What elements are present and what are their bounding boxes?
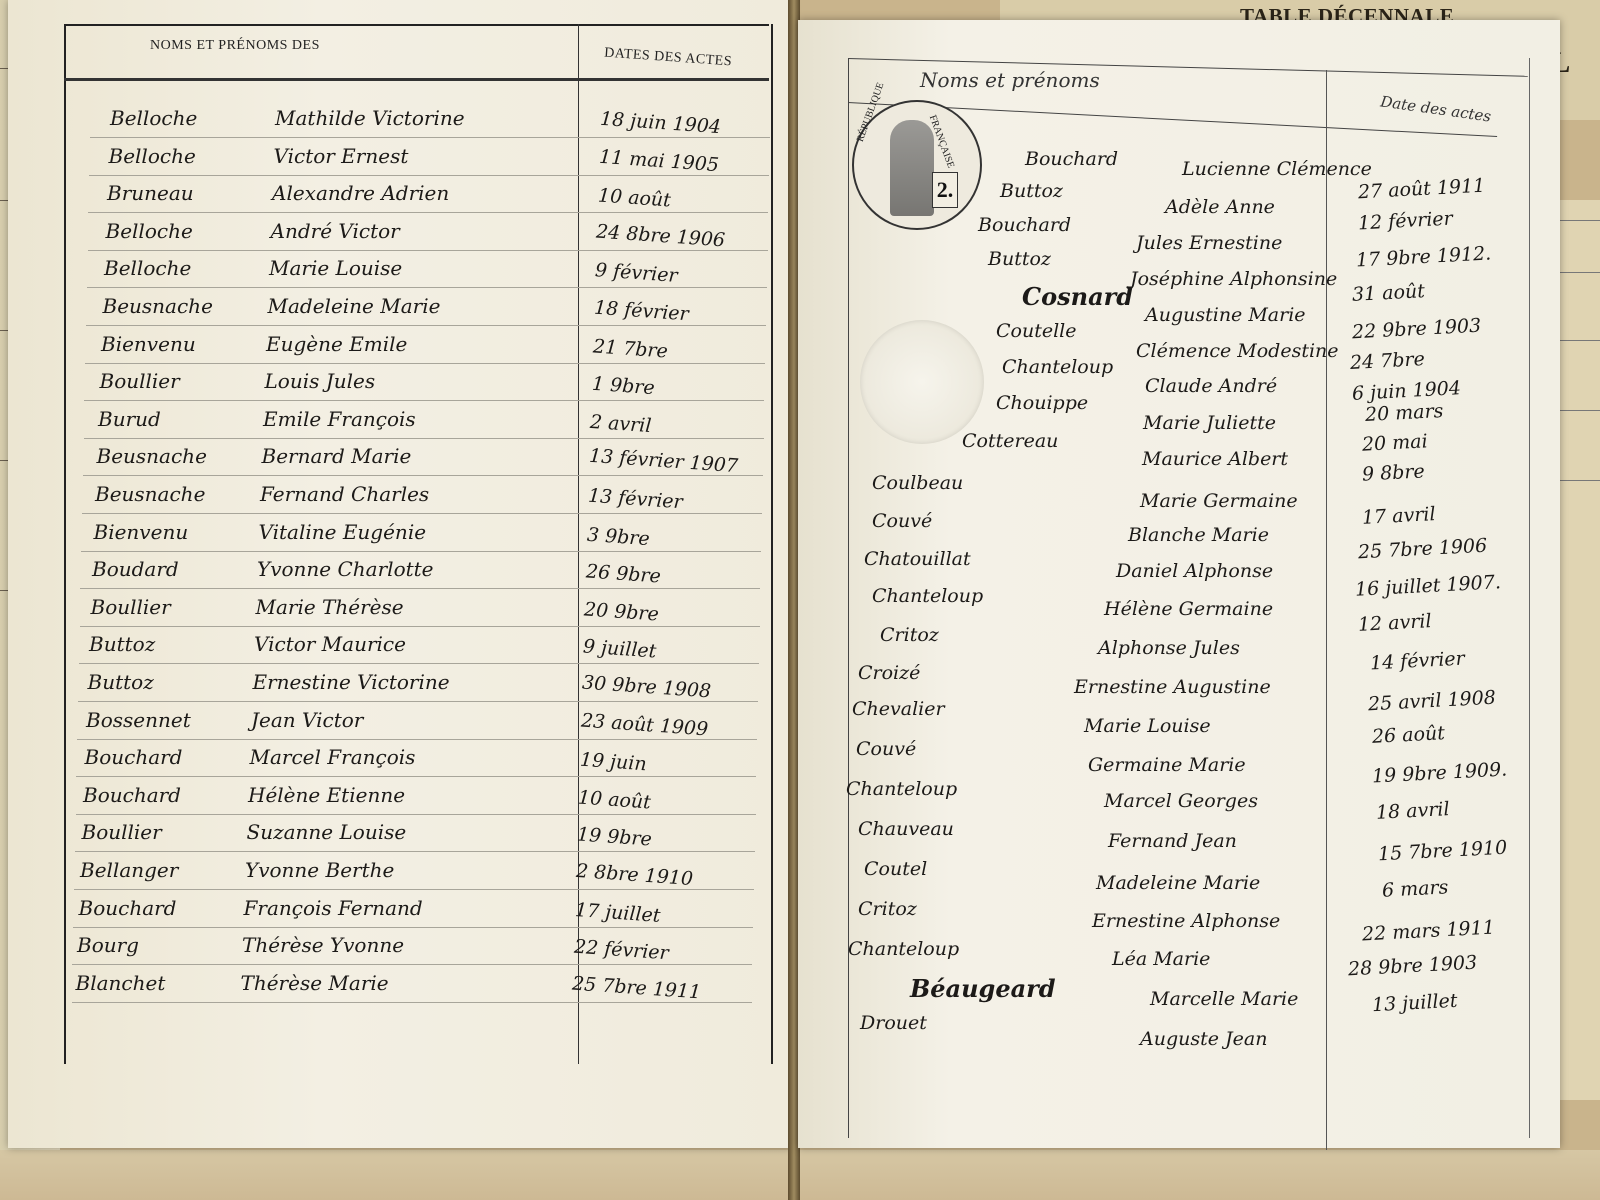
table-row: BossennetJean Victor23 août 1909 bbox=[40, 704, 770, 740]
entry-surname: Critoz bbox=[880, 624, 939, 646]
entry-given-names: Marie Germaine bbox=[1140, 490, 1298, 512]
entry-date: 26 août bbox=[1371, 722, 1445, 748]
entry-given-names: Marcelle Marie bbox=[1150, 988, 1298, 1010]
stamp-value: 2. bbox=[932, 172, 958, 208]
entry-given-names: Madeleine Marie bbox=[1096, 872, 1260, 894]
entry-given-names: Victor Ernest bbox=[274, 144, 409, 168]
entry-surname: Chauveau bbox=[858, 818, 954, 840]
entry-surname: Chanteloup bbox=[872, 585, 983, 607]
entry-surname: Buttoz bbox=[1000, 180, 1063, 202]
embossed-seal-icon bbox=[860, 320, 984, 444]
table-row: BeusnacheBernard Marie13 février 1907 bbox=[40, 440, 770, 476]
entry-given-names: Hélène Germaine bbox=[1104, 598, 1273, 620]
entry-date: 13 juillet bbox=[1371, 990, 1458, 1016]
entry-surname: Chatouillat bbox=[864, 548, 971, 570]
entry-given-names: Claude André bbox=[1145, 375, 1277, 397]
entry-date: 19 9bre bbox=[577, 824, 653, 851]
entry-surname: Chevalier bbox=[852, 698, 945, 720]
entry-date: 6 mars bbox=[1381, 876, 1448, 901]
entry-date: 17 avril bbox=[1361, 503, 1436, 529]
background-table-surface bbox=[0, 1150, 1600, 1200]
entry-given-names: Thérèse Yvonne bbox=[242, 933, 404, 957]
entry-surname: Buttoz bbox=[988, 248, 1051, 270]
entry-given-names: Thérèse Marie bbox=[241, 971, 389, 995]
entry-date: 10 août bbox=[578, 786, 652, 813]
entry-surname: Bouchard bbox=[978, 214, 1071, 236]
entry-given-names: François Fernand bbox=[244, 896, 423, 920]
entry-given-names: Léa Marie bbox=[1112, 948, 1210, 970]
entry-surname: Coutelle bbox=[996, 320, 1077, 342]
entry-given-names: Yvonne Charlotte bbox=[257, 557, 434, 581]
entry-surname: Buttoz bbox=[89, 632, 155, 656]
table-row: BeusnacheMadeleine Marie18 février bbox=[40, 290, 770, 326]
entry-given-names: Lucienne Clémence bbox=[1182, 158, 1372, 180]
entry-given-names: Louis Jules bbox=[265, 369, 376, 393]
entry-date: 26 9bre bbox=[585, 561, 661, 588]
table-row: BoullierSuzanne Louise19 9bre bbox=[40, 816, 770, 852]
entry-given-names: Marie Thérèse bbox=[256, 595, 404, 619]
entry-surname: Bienvenu bbox=[101, 332, 196, 356]
entry-date: 17 juillet bbox=[574, 899, 661, 927]
entry-surname: Buttoz bbox=[88, 670, 154, 694]
entry-given-names: Ernestine Alphonse bbox=[1092, 910, 1280, 932]
entry-surname: Blanchet bbox=[76, 971, 166, 995]
entry-surname: Bourg bbox=[77, 933, 139, 957]
right-table-column-divider bbox=[1326, 70, 1327, 1150]
entry-surname: Chanteloup bbox=[848, 938, 959, 960]
entry-date: 9 février bbox=[595, 260, 679, 288]
entry-given-names: Clémence Modestine bbox=[1136, 340, 1339, 362]
entry-date: 9 8bre bbox=[1361, 460, 1425, 485]
entry-surname: Critoz bbox=[858, 898, 917, 920]
entry-surname: Boullier bbox=[82, 820, 162, 844]
entry-given-names: Auguste Jean bbox=[1140, 1028, 1267, 1050]
entry-given-names: Ernestine Victorine bbox=[253, 670, 450, 694]
table-row: ButtozErnestine Victorine30 9bre 1908 bbox=[40, 666, 770, 702]
entry-given-names: Daniel Alphonse bbox=[1116, 560, 1273, 582]
entry-date: 18 février bbox=[593, 297, 689, 326]
entry-given-names: Emile François bbox=[263, 407, 416, 431]
entry-surname: Burud bbox=[98, 407, 161, 431]
entry-surname: Belloche bbox=[109, 144, 196, 168]
entry-surname: Boullier bbox=[91, 595, 171, 619]
entry-given-names: Ernestine Augustine bbox=[1074, 676, 1271, 698]
entry-given-names: André Victor bbox=[271, 219, 400, 243]
table-row: BruneauAlexandre Adrien10 août bbox=[40, 177, 770, 213]
entry-given-names: Madeleine Marie bbox=[268, 294, 441, 318]
table-row: BlanchetThérèse Marie25 7bre 1911 bbox=[40, 967, 770, 1003]
entry-given-names: Alexandre Adrien bbox=[272, 181, 449, 205]
entry-date: 25 7bre 1911 bbox=[572, 972, 702, 1003]
entry-surname: Belloche bbox=[104, 256, 191, 280]
entry-given-names: Bernard Marie bbox=[262, 444, 412, 468]
entry-surname: Belloche bbox=[110, 106, 197, 130]
entry-given-names: Marcel François bbox=[250, 745, 416, 769]
entry-surname: Couvé bbox=[856, 738, 916, 760]
entry-given-names: Suzanne Louise bbox=[247, 820, 407, 844]
tax-stamp-icon: RÉPUBLIQUE FRANÇAISE 2. bbox=[852, 100, 982, 230]
entry-surname: Coutel bbox=[864, 858, 927, 880]
entry-date: 20 9bre bbox=[584, 598, 660, 625]
entry-surname: Bruneau bbox=[107, 181, 194, 205]
table-row: BourgThérèse Yvonne22 février bbox=[40, 929, 770, 965]
entry-date: 21 7bre bbox=[592, 335, 668, 362]
entry-date: 19 juin bbox=[579, 749, 647, 776]
entry-date: 2 avril bbox=[590, 411, 653, 437]
entry-surname: Couvé bbox=[872, 510, 932, 532]
table-row: BellocheVictor Ernest11 mai 1905 bbox=[40, 140, 770, 176]
entry-surname: Beusnache bbox=[95, 482, 205, 506]
entry-date: 24 7bre bbox=[1349, 348, 1425, 374]
entry-surname: Cosnard bbox=[1022, 282, 1133, 311]
entry-surname: Coulbeau bbox=[872, 472, 963, 494]
entry-date: 2 8bre 1910 bbox=[575, 860, 693, 890]
entry-date: 1 9bre bbox=[591, 373, 655, 399]
entry-surname: Cottereau bbox=[962, 430, 1058, 452]
entry-date: 9 juillet bbox=[583, 636, 658, 663]
left-header-names: NOMS ET PRÉNOMS DES bbox=[150, 38, 320, 54]
entry-date: 13 février 1907 bbox=[589, 445, 739, 477]
table-row: BienvenuVitaline Eugénie3 9bre bbox=[40, 516, 770, 552]
table-row: BellocheMarie Louise9 février bbox=[40, 252, 770, 288]
entry-date: 10 août bbox=[597, 185, 671, 212]
entry-given-names: Augustine Marie bbox=[1145, 304, 1306, 326]
table-row: BellangerYvonne Berthe2 8bre 1910 bbox=[40, 854, 770, 890]
right-header-names: Noms et prénoms bbox=[920, 68, 1100, 92]
table-row: BoullierMarie Thérèse20 9bre bbox=[40, 591, 770, 627]
entry-given-names: Jean Victor bbox=[251, 708, 363, 732]
table-row: BoudardYvonne Charlotte26 9bre bbox=[40, 553, 770, 589]
entry-date: 11 mai 1905 bbox=[598, 145, 719, 175]
entry-given-names: Marcel Georges bbox=[1104, 790, 1258, 812]
entry-given-names: Vitaline Eugénie bbox=[259, 520, 427, 544]
entry-date: 12 avril bbox=[1357, 610, 1432, 636]
entry-surname: Beusnache bbox=[103, 294, 213, 318]
entry-date: 31 août bbox=[1351, 280, 1425, 306]
entry-surname: Drouet bbox=[860, 1012, 927, 1034]
table-row: BouchardHélène Etienne10 août bbox=[40, 779, 770, 815]
entry-given-names: Yvonne Berthe bbox=[245, 858, 394, 882]
table-row: BeusnacheFernand Charles13 février bbox=[40, 478, 770, 514]
entry-given-names: Maurice Albert bbox=[1142, 448, 1288, 470]
entry-surname: Bouchard bbox=[1025, 148, 1118, 170]
entry-surname: Boullier bbox=[100, 369, 180, 393]
table-row: BellocheMathilde Victorine18 juin 1904 bbox=[40, 102, 770, 138]
table-row: BouchardMarcel François19 juin bbox=[40, 741, 770, 777]
entry-surname: Bossennet bbox=[86, 708, 191, 732]
entry-date: 30 9bre 1908 bbox=[581, 672, 711, 703]
entry-date: 18 juin 1904 bbox=[599, 108, 721, 138]
entry-given-names: Jules Ernestine bbox=[1136, 232, 1282, 254]
entry-given-names: Marie Louise bbox=[269, 256, 402, 280]
table-row: ButtozVictor Maurice9 juillet bbox=[40, 628, 770, 664]
entry-surname: Bouchard bbox=[79, 896, 177, 920]
entry-surname: Chouippe bbox=[996, 392, 1088, 414]
table-row: BellocheAndré Victor24 8bre 1906 bbox=[40, 215, 770, 251]
entry-surname: Croizé bbox=[858, 662, 920, 684]
left-table-header-rule bbox=[64, 78, 769, 81]
entry-given-names: Victor Maurice bbox=[254, 632, 406, 656]
entry-given-names: Joséphine Alphonsine bbox=[1130, 268, 1337, 290]
entry-date: 18 avril bbox=[1375, 798, 1450, 824]
entry-date: 20 mai bbox=[1361, 430, 1428, 455]
entry-date: 3 9bre bbox=[586, 523, 650, 549]
entry-given-names: Hélène Etienne bbox=[248, 783, 405, 807]
entry-surname: Béaugeard bbox=[910, 974, 1056, 1003]
entry-date: 22 février bbox=[573, 936, 669, 965]
entry-surname: Bouchard bbox=[83, 783, 181, 807]
table-row: BoullierLouis Jules1 9bre bbox=[40, 365, 770, 401]
entry-given-names: Eugène Emile bbox=[266, 332, 407, 356]
table-row: BurudEmile François2 avril bbox=[40, 403, 770, 439]
entry-given-names: Marie Juliette bbox=[1143, 412, 1276, 434]
entry-date: 24 8bre 1906 bbox=[596, 220, 726, 251]
entry-surname: Boudard bbox=[92, 557, 179, 581]
entry-given-names: Germaine Marie bbox=[1088, 754, 1246, 776]
entry-date: 20 mars bbox=[1364, 400, 1443, 426]
entry-surname: Beusnache bbox=[97, 444, 207, 468]
entry-given-names: Mathilde Victorine bbox=[275, 106, 465, 130]
entry-given-names: Fernand Jean bbox=[1108, 830, 1237, 852]
entry-surname: Bienvenu bbox=[94, 520, 189, 544]
table-row: BienvenuEugène Emile21 7bre bbox=[40, 328, 770, 364]
entry-given-names: Fernand Charles bbox=[260, 482, 429, 506]
entry-given-names: Marie Louise bbox=[1084, 715, 1211, 737]
entry-surname: Bellanger bbox=[80, 858, 178, 882]
entry-date: 23 août 1909 bbox=[580, 709, 708, 740]
entry-date: 13 février bbox=[587, 485, 683, 514]
entry-surname: Bouchard bbox=[85, 745, 183, 769]
table-row: BouchardFrançois Fernand17 juillet bbox=[40, 892, 770, 928]
entry-surname: Belloche bbox=[106, 219, 193, 243]
entry-given-names: Adèle Anne bbox=[1165, 196, 1275, 218]
entry-given-names: Alphonse Jules bbox=[1098, 637, 1240, 659]
entry-surname: Chanteloup bbox=[846, 778, 957, 800]
marianne-figure-icon bbox=[890, 120, 934, 216]
entry-given-names: Blanche Marie bbox=[1128, 524, 1269, 546]
entry-surname: Chanteloup bbox=[1002, 356, 1113, 378]
